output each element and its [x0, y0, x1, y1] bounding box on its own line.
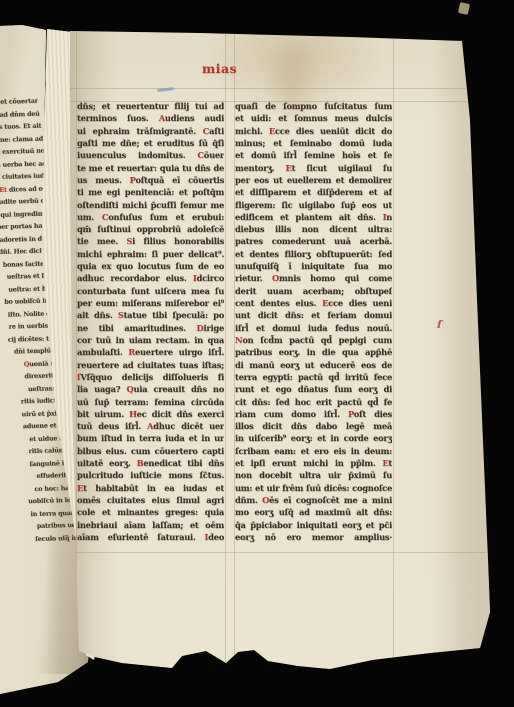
text-line: minus; et ſeminabo domū iuda [235, 137, 392, 149]
text-line: te me et reuertar: quia tu dn̄s de [77, 162, 224, 174]
rubric-initial: E [322, 298, 328, 308]
rubric-initial: E [77, 483, 83, 493]
ruling-line-horizontal [62, 552, 486, 553]
photograph-of-manuscript: { "meta": { "description": "Photograph o… [0, 0, 514, 707]
text-line: cor tuū in uiam rectam. in qua [77, 334, 224, 346]
text-line: et domū iſrl̄ ſemine hoīs et ſe [235, 149, 392, 161]
text-line: michi. Ecce dies ueniūt dicit do [235, 125, 392, 137]
ruling-line-vertical [225, 28, 226, 662]
text-line: non docebit ultra uir p̄ximū ſu [235, 469, 392, 481]
rubric-initial: C [203, 126, 209, 136]
rubric-initial: R [128, 347, 135, 357]
text-line: riam cum domo iſrl̄. Poſt dies [235, 408, 392, 420]
text-line: bibus eius. cum cōuertero capti [77, 445, 224, 457]
rubric-initial: I [383, 212, 387, 222]
text-line: illos dicit dn̄s dabo legē meā [235, 420, 392, 432]
text-line: diebus illis non dicent ultra: [235, 223, 392, 235]
rubric-initial: ſ [77, 372, 80, 382]
text-line: um: et uir frēm ſuū dicēs: cognoſce [235, 482, 392, 494]
text-line: qm̄ ſuſtinui opprobriū adoleſcē [77, 223, 224, 235]
text-line: cent dentes eius. Ecce dies ueni [235, 297, 392, 309]
rubric-initial: Et [0, 185, 7, 193]
rubric-initial: C [197, 150, 203, 160]
text-line: in uiſcerib⁹ eorʒ: et in corde eorʒ [235, 432, 392, 444]
rubric-initial: P [130, 175, 136, 185]
text-line: runt et ego dn̄atus ſum eorʒ di [235, 383, 392, 395]
text-line: ſVſq̄quo delicijs diſſolueris fi [77, 371, 224, 383]
text-line: bit uirum. Hec dicit dn̄s exerci [77, 408, 224, 420]
text-line: di manū eorʒ ut educerē eos de [235, 359, 392, 371]
text-line: iſrl̄ et domui iuda fedus nouū. [235, 322, 392, 334]
text-line: us meus. Poſtquā eī cōuertis [77, 174, 224, 186]
ruling-line-horizontal [62, 88, 486, 89]
text-line: michi ephraim: ſi puer delicat⁹. [77, 248, 224, 260]
text-line: patres comederunt uuā acerbā. [235, 235, 392, 247]
text-line: et diſſiparem et diſp̄derem et af [235, 186, 392, 198]
text-line: um. Confuſus ſum et erubui: [77, 211, 224, 223]
rubric-initial: Q [127, 384, 134, 394]
text-line: ambulaſti. Reuertere uirgo iſrl̄. [77, 346, 224, 358]
text-line: omēs ciuitates eius ſimul agri [77, 494, 224, 506]
page-corner-speck [458, 2, 470, 15]
text-line: ti me egi penitenciā: et poſtq̄m [77, 186, 224, 198]
rubric-initial: O [262, 495, 269, 505]
left-text-column: dn̄s; et reuertentur filij tui adtermino… [77, 100, 224, 543]
text-line: tuū deus iſrl̄. Adhuc dicēt uer [77, 420, 224, 432]
rubric-initial: A [159, 113, 165, 123]
blue-ink-mark [157, 87, 174, 92]
red-margin-correction-mark: ſ [435, 318, 443, 332]
rubric-initial: I [193, 273, 197, 283]
text-line: quia ex quo locutus ſum de eo [77, 260, 224, 272]
rubric-initial: O [272, 273, 279, 283]
text-line: oſtendiſti michi p̄cuſſi femur me [77, 199, 224, 211]
text-line: unt dicit dn̄s: et feriam domui [235, 309, 392, 321]
ruling-line-vertical [393, 28, 394, 662]
text-line: uitatē eorʒ. Benedicat tibi dn̄s [77, 457, 224, 469]
text-line: uū ſup̄ terram: femina circūda [77, 396, 224, 408]
text-line: et ipſi erunt michi in pp̄lm. Et [235, 457, 392, 469]
rubric-initial: N [235, 335, 242, 345]
rubric-initial: D [197, 323, 204, 333]
rubric-initial: B [137, 458, 144, 468]
text-line: q̄a p̄piciabor iniquitati eorʒ et pc̄i [235, 519, 392, 531]
text-line: cole et minantes greges: quia [77, 506, 224, 518]
text-line: aīam eſurientē ſaturaui. Ideo [77, 531, 224, 543]
text-line: derit uuam acerbam; obſtupeſ [235, 285, 392, 297]
rubric-initial: A [147, 421, 153, 431]
text-line: Et habitabūt in ea iudas et [77, 482, 224, 494]
rubric-initial: I [204, 532, 208, 542]
text-line: conturbata ſunt uiſcera mea ſu [77, 285, 224, 297]
text-line: patribus eorʒ. in die qua app̄hē [235, 346, 392, 358]
text-line: bum iſtud in terra iuda et in ur [77, 432, 224, 444]
text-line: fligerem: ſic uigilabo ſup̄ eos ut [235, 199, 392, 211]
text-line: quaſi de ſompno ſuſcitatus ſum [235, 100, 392, 112]
text-line: eorʒ nō ero memor amplius· [235, 531, 392, 543]
text-line: mo eorʒ uſq̄ ad maximū ait dn̄s: [235, 506, 392, 518]
text-line: iuuenculus indomitus. Cōuer [77, 149, 224, 161]
text-line: per eos ut euellerem et demolirer [235, 174, 392, 186]
text-line: ui ephraim trāſmigrantē. Caſti [77, 125, 224, 137]
text-line: Non ſcd̄m pactū qd̄ pepigi cum [235, 334, 392, 346]
text-line: adhuc recordabor eius. Idcirco [77, 272, 224, 284]
text-line: et dentes filiorʒ obſtupuerūt: ſed [235, 248, 392, 260]
rubric-initial: E [382, 458, 388, 468]
rubric-initial: H [129, 409, 137, 419]
rubric-initial: E [269, 126, 275, 136]
right-text-column: quaſi de ſompno ſuſcitatus ſumet uidi: e… [235, 100, 392, 543]
text-line: dn̄m. Oēs eī cognoſcēt me a mini [235, 494, 392, 506]
text-line: lia uaga? Quia creauit dn̄s no [77, 383, 224, 395]
text-line: reuertere ad ciuitates tuas iſtas; [77, 359, 224, 371]
text-line: edificem et plantem ait dn̄s. In [235, 211, 392, 223]
text-line: terra egypti: pactū qd̄ irritū fece [235, 371, 392, 383]
text-line: gaſti me dn̄e; et eruditus ſū q̄ſi [77, 137, 224, 149]
rubric-initial: S [118, 310, 124, 320]
text-line: unuſquiſq̄ ī iniquitate ſua mo [235, 260, 392, 272]
text-line: ne tibi amaritudines. Dirige [77, 322, 224, 334]
text-line: per eum: miſerans miſerebor ei⁹ [77, 297, 224, 309]
text-line: terminos ſuos. Audiens audi [77, 112, 224, 124]
text-line: rietur. Omnis homo qui come [235, 272, 392, 284]
rubric-initial: E [286, 163, 292, 173]
text-line: ait dn̄s. Statue tibi ſpeculā: po [77, 309, 224, 321]
rubric-initial: C [102, 212, 108, 222]
rubric-initial: P [348, 409, 354, 419]
text-line: tie mee. Si filius honorabilis [77, 235, 224, 247]
text-line: pulcritudo iuſticie mons ſc̄tus. [77, 469, 224, 481]
text-line: ſcribam eam: et ero eis in deum: [235, 445, 392, 457]
text-line: mentorʒ. Et ſicut uigilaui ſu [235, 162, 392, 174]
text-line: cit dn̄s: ſed hoc erit pactū qd̄ fe [235, 396, 392, 408]
text-line: inebriaui aīam laſſam; et oēm [77, 519, 224, 531]
running-title: mias [202, 61, 242, 76]
rubric-initial: S [126, 236, 132, 246]
text-line: dn̄s; et reuertentur filij tui ad [77, 100, 224, 112]
text-line: et uidi: et ſomnus meus dulcis [235, 112, 392, 124]
